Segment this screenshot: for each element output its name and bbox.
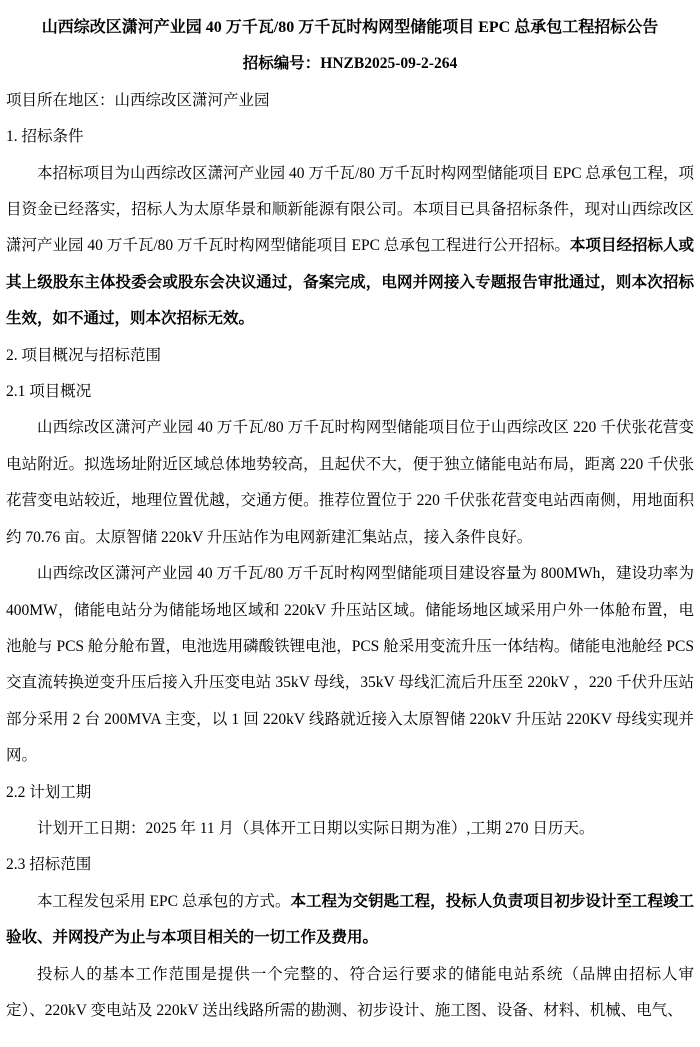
tender-number-line: 招标编号：HNZB2025-09-2-264 [6, 46, 694, 82]
scope-paragraph-1: 本工程发包采用 EPC 总承包的方式。本工程为交钥匙工程，投标人负责项目初步设计… [6, 884, 694, 957]
text-run: 本工程发包采用 EPC 总承包的方式。 [37, 893, 291, 910]
doc-title: 山西综改区潇河产业园 40 万千瓦/80 万千瓦时构网型储能项目 EPC 总承包… [6, 10, 694, 46]
section-2-heading: 2. 项目概况与招标范围 [6, 338, 694, 374]
text-run: 2. 项目概况与招标范围 [6, 347, 161, 364]
bold-text-run: 山西综改区潇河产业园 40 万千瓦/80 万千瓦时构网型储能项目 EPC 总承包… [42, 19, 658, 36]
text-run: 2.3 招标范围 [6, 856, 91, 873]
text-run: 2.2 计划工期 [6, 784, 91, 801]
bold-text-run: 招标编号：HNZB2025-09-2-264 [243, 55, 457, 72]
text-run: 2.1 项目概况 [6, 383, 91, 400]
text-run: 计划开工日期：2025 年 11 月（具体开工日期以实际日期为准）,工期 270… [37, 820, 594, 837]
document-page: 山西综改区潇河产业园 40 万千瓦/80 万千瓦时构网型储能项目 EPC 总承包… [0, 0, 700, 1047]
text-run: 山西综改区潇河产业园 40 万千瓦/80 万千瓦时构网型储能项目建设容量为 80… [6, 565, 694, 764]
text-run: 1. 招标条件 [6, 128, 84, 145]
project-overview-paragraph-2: 山西综改区潇河产业园 40 万千瓦/80 万千瓦时构网型储能项目建设容量为 80… [6, 556, 694, 774]
section-2-2-heading: 2.2 计划工期 [6, 775, 694, 811]
section-1-paragraph: 本招标项目为山西综改区潇河产业园 40 万千瓦/80 万千瓦时构网型储能项目 E… [6, 156, 694, 338]
section-1-heading: 1. 招标条件 [6, 119, 694, 155]
section-2-3-heading: 2.3 招标范围 [6, 847, 694, 883]
scope-paragraph-2: 投标人的基本工作范围是提供一个完整的、符合运行要求的储能电站系统（品牌由招标人审… [6, 957, 694, 1030]
text-run: 投标人的基本工作范围是提供一个完整的、符合运行要求的储能电站系统（品牌由招标人审… [6, 966, 694, 1019]
project-overview-paragraph-1: 山西综改区潇河产业园 40 万千瓦/80 万千瓦时构网型储能项目位于山西综改区 … [6, 410, 694, 556]
schedule-paragraph: 计划开工日期：2025 年 11 月（具体开工日期以实际日期为准）,工期 270… [6, 811, 694, 847]
text-run: 山西综改区潇河产业园 40 万千瓦/80 万千瓦时构网型储能项目位于山西综改区 … [6, 419, 694, 545]
text-run: 项目所在地区：山西综改区潇河产业园 [6, 92, 270, 109]
section-2-1-heading: 2.1 项目概况 [6, 374, 694, 410]
project-location-line: 项目所在地区：山西综改区潇河产业园 [6, 83, 694, 119]
